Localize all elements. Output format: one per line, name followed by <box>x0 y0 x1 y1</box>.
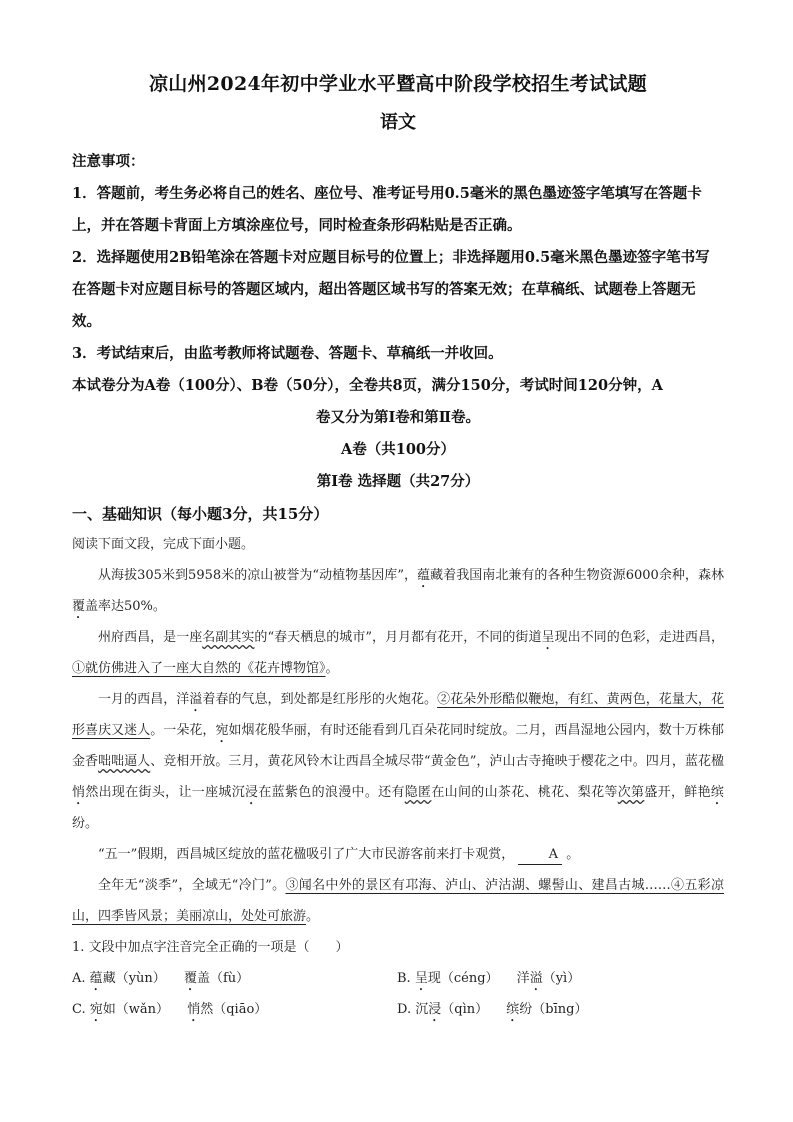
text: 州府西昌，是一座 <box>98 630 202 645</box>
notice-item-2: 2．选择题使用2B铅笔涂在答题卡对应题目标号的位置上；非选择题用0.5毫米黑色墨… <box>72 242 724 338</box>
text: 一月的西昌，洋 <box>98 692 189 707</box>
option-label: C. <box>72 1002 86 1017</box>
text: 盖 <box>197 971 210 986</box>
question-1-options: A. 蕴藏（yùn） 覆盖（fù） B. 呈现（céng） 洋溢（yì） C. … <box>72 963 724 1025</box>
option-word-1: 蕴藏（yùn） <box>90 971 166 986</box>
dotted-char: 缤 <box>711 785 724 800</box>
text: 现出不同的色彩，走进西昌， <box>555 630 724 645</box>
exam-title: 凉山州2024年初中学业水平暨高中阶段学校招生考试试题 <box>72 70 724 98</box>
passage-paragraph-4: “五一”假期，西昌城区绽放的蓝花楹吸引了广大市民游客前来打卡观赏，A。 <box>72 839 724 870</box>
pinyin: （bīng） <box>532 1002 587 1017</box>
wavy-underlined-phrase: 次第 <box>618 785 645 800</box>
text: 藏 <box>103 971 116 986</box>
notice-heading: 注意事项： <box>72 146 724 178</box>
text: 。一朵花， <box>150 723 215 738</box>
option-word-2: 缤纷（bīng） <box>506 1002 587 1017</box>
text: “五一”假期，西昌城区绽放的蓝花楹吸引了广大市民游客前来打卡观赏， <box>98 847 514 862</box>
pinyin: （qiāo） <box>213 1002 267 1017</box>
pinyin: （yì） <box>543 971 581 986</box>
dotted-char: 呈 <box>542 630 555 645</box>
option-d[interactable]: D. 沉浸（qìn） 缤纷（bīng） <box>397 994 722 1025</box>
wavy-underlined-phrase: 咄咄逼人 <box>98 754 150 769</box>
text: 沉 <box>415 1002 428 1017</box>
exam-page: 凉山州2024年初中学业水平暨高中阶段学校招生考试试题 语文 注意事项： 1．答… <box>72 70 724 1025</box>
text: 。 <box>306 909 319 924</box>
answer-blank-a: A <box>518 846 562 865</box>
pinyin: （céng） <box>441 971 499 986</box>
text: 藏着我国南北兼有的各种生物资源6000余种，森林 <box>430 568 724 583</box>
passage-paragraph-1: 从海拔305米到5958米的凉山被誉为“动植物基因库”，蕴藏着我国南北兼有的各种… <box>72 560 724 622</box>
option-word-1: 沉浸（qìn） <box>415 1002 488 1017</box>
dotted-char: 浸 <box>428 1002 441 1017</box>
text: 现 <box>428 971 441 986</box>
text: 。 <box>326 661 339 676</box>
reading-instruction: 阅读下面文段，完成下面小题。 <box>72 530 724 560</box>
text: 从海拔305米到5958米的凉山被誉为“动植物基因库”， <box>98 568 417 583</box>
underlined-sentence-1: ①就仿佛进入了一座大自然的《花卉博物馆》 <box>72 661 326 676</box>
exam-summary: 本试卷分为A卷（100分）、B卷（50分），全卷共8页，满分150分，考试时间1… <box>72 370 724 402</box>
a-volume-heading: A卷（共100分） <box>72 434 724 466</box>
passage-paragraph-5: 全年无“淡季”，全域无“冷门”。③闻名中外的景区有邛海、泸山、泸沽湖、螺髻山、建… <box>72 870 724 932</box>
text: 盛开，鲜艳 <box>644 785 711 800</box>
dotted-char: 悄 <box>187 1002 200 1017</box>
text: 纷 <box>519 1002 532 1017</box>
option-label: D. <box>397 1002 411 1017</box>
dotted-char: 宛 <box>90 1002 103 1017</box>
text: 如 <box>103 1002 116 1017</box>
pinyin: （fù） <box>210 971 249 986</box>
exam-summary-line-1: 本试卷分为A卷（100分）、B卷（50分），全卷共8页，满分150分，考试时间1… <box>72 377 663 394</box>
dotted-char: 蕴 <box>90 971 103 986</box>
text: 盖率达50%。 <box>85 599 166 614</box>
text: 的“春天栖息的城市”，月月都有花开，不同的街道 <box>254 630 541 645</box>
dotted-char: 溢 <box>189 692 202 707</box>
pinyin: （qìn） <box>441 1002 488 1017</box>
option-label: B. <box>397 971 411 986</box>
option-label: A. <box>72 971 86 986</box>
part-one-heading: 第Ⅰ卷 选择题（共27分） <box>72 466 724 498</box>
text: 全年无“淡季”，全域无“冷门”。 <box>98 878 285 893</box>
text: 洋 <box>517 971 530 986</box>
text: 然出现在街头，让一座城沉 <box>85 785 245 800</box>
text: 纷。 <box>72 816 98 831</box>
option-word-2: 覆盖（fù） <box>184 971 249 986</box>
pinyin: （yùn） <box>116 971 166 986</box>
option-b[interactable]: B. 呈现（céng） 洋溢（yì） <box>397 963 722 994</box>
dotted-char: 浸 <box>245 785 258 800</box>
subject-title: 语文 <box>72 110 724 136</box>
dotted-char: 悄 <box>72 785 85 800</box>
dotted-char: 蕴 <box>417 568 430 583</box>
wavy-underlined-phrase: 隐匿 <box>405 785 432 800</box>
option-word-1: 呈现（céng） <box>415 971 499 986</box>
option-a[interactable]: A. 蕴藏（yùn） 覆盖（fù） <box>72 963 397 994</box>
basic-knowledge-heading: 一、基础知识（每小题3分，共15分） <box>72 498 724 530</box>
dotted-char: 宛 <box>215 723 228 738</box>
dotted-char: 溢 <box>530 971 543 986</box>
dotted-char: 覆 <box>184 971 197 986</box>
pinyin: （wǎn） <box>116 1002 169 1017</box>
notice-item-3: 3．考试结束后，由监考教师将试题卷、答题卡、草稿纸一并收回。 <box>72 338 724 370</box>
option-word-2: 悄然（qiāo） <box>187 1002 267 1017</box>
text: 在蓝紫色的浪漫中。还有 <box>258 785 404 800</box>
text: 着春的气息，到处都是红彤彤的火炮花。 <box>202 692 437 707</box>
dotted-char: 呈 <box>415 971 428 986</box>
option-word-2: 洋溢（yì） <box>517 971 581 986</box>
passage-paragraph-2: 州府西昌，是一座名副其实的“春天栖息的城市”，月月都有花开，不同的街道呈现出不同… <box>72 622 724 684</box>
exam-summary-line-2: 卷又分为第Ⅰ卷和第Ⅱ卷。 <box>72 402 724 434</box>
dotted-char: 缤 <box>506 1002 519 1017</box>
text: 。 <box>566 847 579 862</box>
text: 在山间的山茶花、桃花、梨花等 <box>431 785 617 800</box>
passage-paragraph-3: 一月的西昌，洋溢着春的气息，到处都是红彤彤的火炮花。②花朵外形酷似鞭炮，有红、黄… <box>72 684 724 839</box>
notice-item-1: 1．答题前，考生务必将自己的姓名、座位号、准考证号用0.5毫米的黑色墨迹签字笔填… <box>72 178 724 242</box>
wavy-underlined-phrase: 名副其实 <box>202 630 254 645</box>
question-1-stem: 1. 文段中加点字注音完全正确的一项是（ ） <box>72 932 724 963</box>
dotted-char: 覆 <box>72 599 85 614</box>
text: 然 <box>200 1002 213 1017</box>
option-c[interactable]: C. 宛如（wǎn） 悄然（qiāo） <box>72 994 397 1025</box>
option-word-1: 宛如（wǎn） <box>90 1002 169 1017</box>
text: 、竞相开放。三月，黄花风铃木让西昌全城尽带“黄金色”，泸山古寺掩映于樱花之中。四… <box>150 754 724 769</box>
